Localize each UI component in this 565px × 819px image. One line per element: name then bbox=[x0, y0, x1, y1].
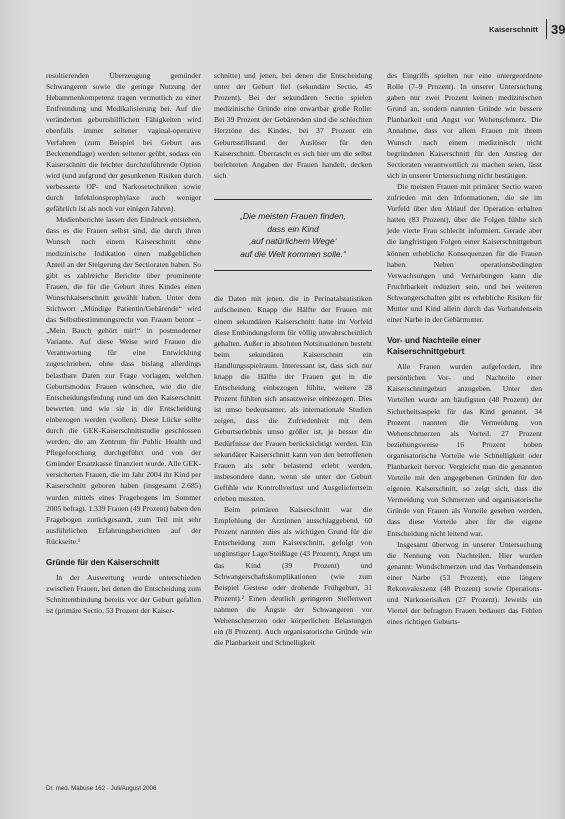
text-column-2: schnitte) und jenen, bei denen die Entsc… bbox=[214, 70, 372, 648]
scan-edge-shadow bbox=[557, 0, 565, 819]
page-footer: Dr. med. Mabuse 162 · Juli/August 2006 bbox=[46, 785, 156, 792]
pull-quote-line: „Die meisten Frauen finden, bbox=[214, 210, 372, 223]
paragraph: Insgesamt überwog in unserer Untersuchun… bbox=[387, 539, 542, 628]
paragraph: die Daten mit jenen, die in Perinatalsta… bbox=[214, 293, 372, 504]
text-column-3: des Eingriffs spielten nur eine untergeo… bbox=[387, 70, 542, 627]
pull-quote: „Die meisten Frauen finden, dass ein Kin… bbox=[214, 199, 372, 271]
text-column-1: resultierenden Überzeugung gemünder Schw… bbox=[46, 70, 201, 616]
section-label: Kaiserschnitt bbox=[489, 25, 538, 34]
paragraph: resultierenden Überzeugung gemünder Schw… bbox=[46, 70, 201, 214]
paragraph: Die meisten Frauen mit primärer Sectio w… bbox=[387, 181, 542, 325]
subheading-reasons: Gründe für den Kaiserschnitt bbox=[46, 557, 201, 568]
page-header: Kaiserschnitt 39 bbox=[489, 18, 565, 40]
pull-quote-line: dass ein Kind bbox=[214, 223, 372, 236]
header-divider bbox=[546, 19, 547, 39]
paragraph: In der Auswertung wurde unterschieden zw… bbox=[46, 572, 201, 616]
paragraph: Medienberichte lassen den Eindruck entst… bbox=[46, 214, 201, 547]
subheading-pros-cons: Vor- und Nachteile einer Kaiserschnittge… bbox=[387, 335, 542, 357]
paragraph: Beim primären Kaiserschnitt war die Empf… bbox=[214, 504, 372, 648]
pull-quote-line: auf die Welt kommen solle.“ bbox=[214, 248, 372, 261]
paragraph: schnitte) und jenen, bei denen die Entsc… bbox=[214, 70, 372, 181]
paragraph: Alle Frauen wurden aufgefordert, ihre pe… bbox=[387, 361, 542, 539]
paragraph: des Eingriffs spielten nur eine untergeo… bbox=[387, 70, 542, 181]
magazine-page: Kaiserschnitt 39 resultierenden Überzeug… bbox=[0, 0, 565, 819]
pull-quote-line: ‚auf natürlichem Wege‘ bbox=[214, 235, 372, 248]
